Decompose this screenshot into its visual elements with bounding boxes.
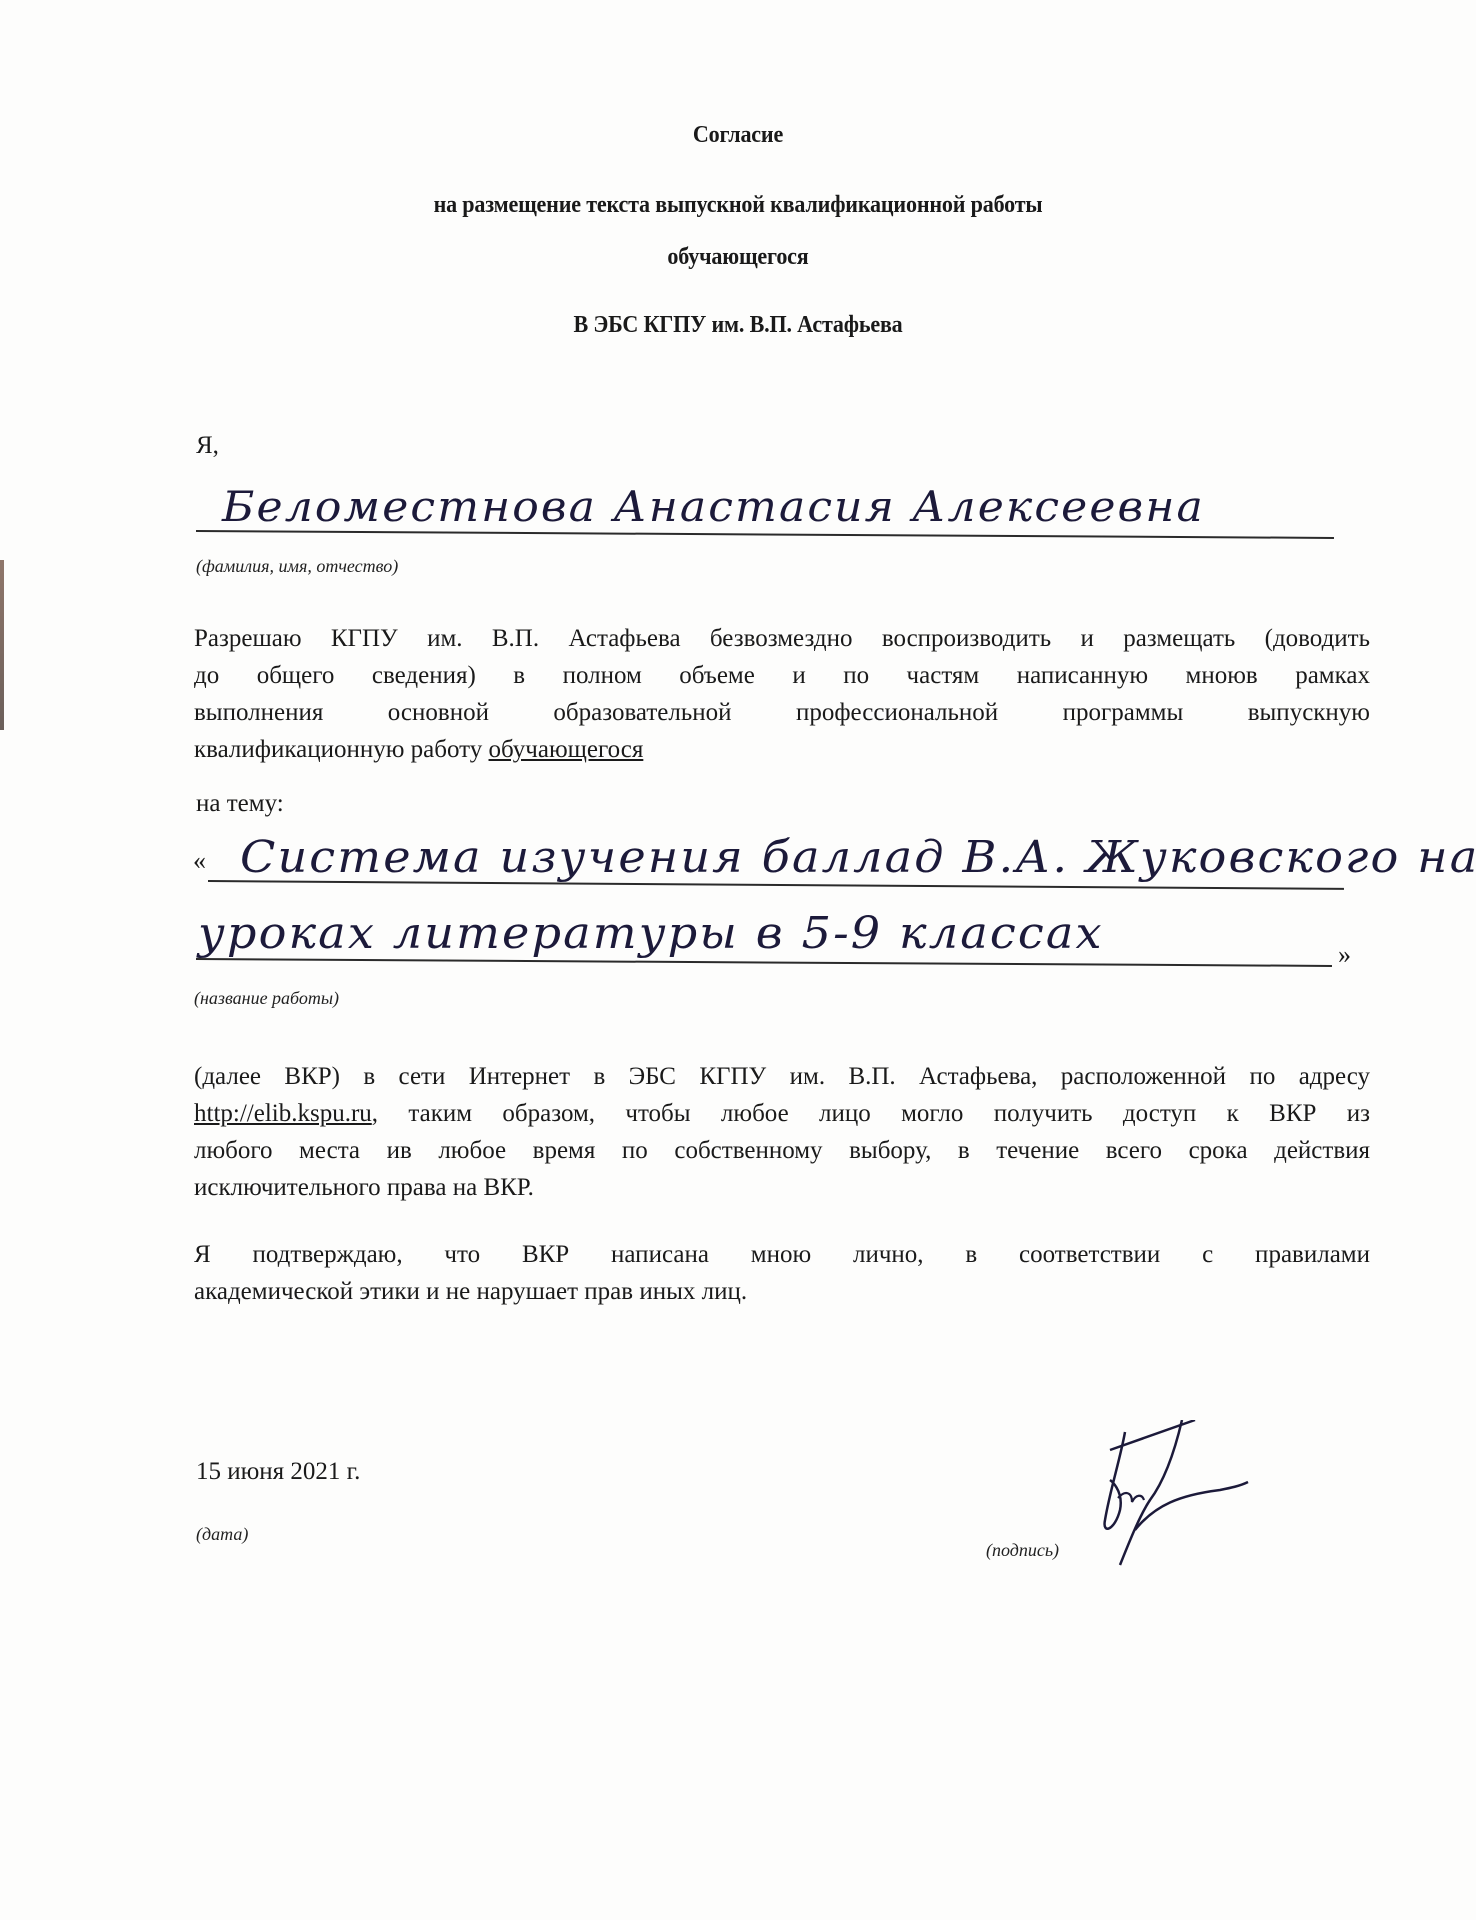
handwritten-full-name: Беломестнова Анастасия Алексеевна	[222, 482, 1205, 531]
open-quote: «	[193, 846, 206, 876]
permission-line-2: до общего сведения) в полном объеме и по…	[194, 657, 1370, 694]
underlined-student-word: обучающегося	[489, 736, 644, 763]
permission-line-4: квалификационную работу обучающегося	[194, 731, 1370, 768]
publication-line-2-text: , таким образом, чтобы любое лицо могло …	[372, 1100, 1370, 1127]
name-caption: (фамилия, имя, отчество)	[196, 556, 398, 577]
close-quote: »	[1338, 940, 1351, 970]
topic-underline-2	[196, 958, 1332, 967]
publication-line-3: любого места ив любое время по собственн…	[194, 1132, 1370, 1169]
publication-line-4: исключительного права на ВКР.	[194, 1169, 1370, 1206]
handwritten-topic-line-1: Система изучения баллад В.А. Жуковского …	[240, 832, 1476, 883]
name-underline	[196, 530, 1334, 539]
permission-line-1: Разрешаю КГПУ им. В.П. Астафьева безвозм…	[194, 620, 1370, 657]
confirmation-line-2: академической этики и не нарушает прав и…	[194, 1273, 1370, 1310]
topic-label: на тему:	[196, 790, 284, 818]
date-value: 15 июня 2021 г.	[196, 1458, 360, 1486]
confirmation-line-1: Я подтверждаю, что ВКР написана мною лич…	[194, 1236, 1370, 1273]
permission-line-3: выполнения основной образовательной проф…	[194, 694, 1370, 731]
document-subtitle-student: обучающегося	[59, 244, 1417, 271]
document-subtitle: на размещение текста выпускной квалифика…	[59, 192, 1417, 219]
document-title: Согласие	[59, 122, 1417, 149]
permission-line-4-text: квалификационную работу	[194, 736, 489, 763]
handwritten-topic-line-2: уроках литературы в 5-9 классах	[198, 908, 1104, 959]
topic-caption: (название работы)	[194, 988, 339, 1009]
document-subtitle-library: В ЭБС КГПУ им. В.П. Астафьева	[59, 312, 1417, 339]
handwritten-signature-icon	[1080, 1420, 1260, 1570]
signature-caption: (подпись)	[986, 1540, 1059, 1561]
date-caption: (дата)	[196, 1524, 248, 1545]
publication-line-2: http://elib.kspu.ru, таким образом, чтоб…	[194, 1095, 1370, 1132]
declarant-prefix: Я,	[196, 432, 219, 460]
publication-line-1: (далее ВКР) в сети Интернет в ЭБС КГПУ и…	[194, 1058, 1370, 1095]
elib-link[interactable]: http://elib.kspu.ru	[194, 1100, 372, 1127]
scan-edge-shadow	[0, 560, 4, 730]
